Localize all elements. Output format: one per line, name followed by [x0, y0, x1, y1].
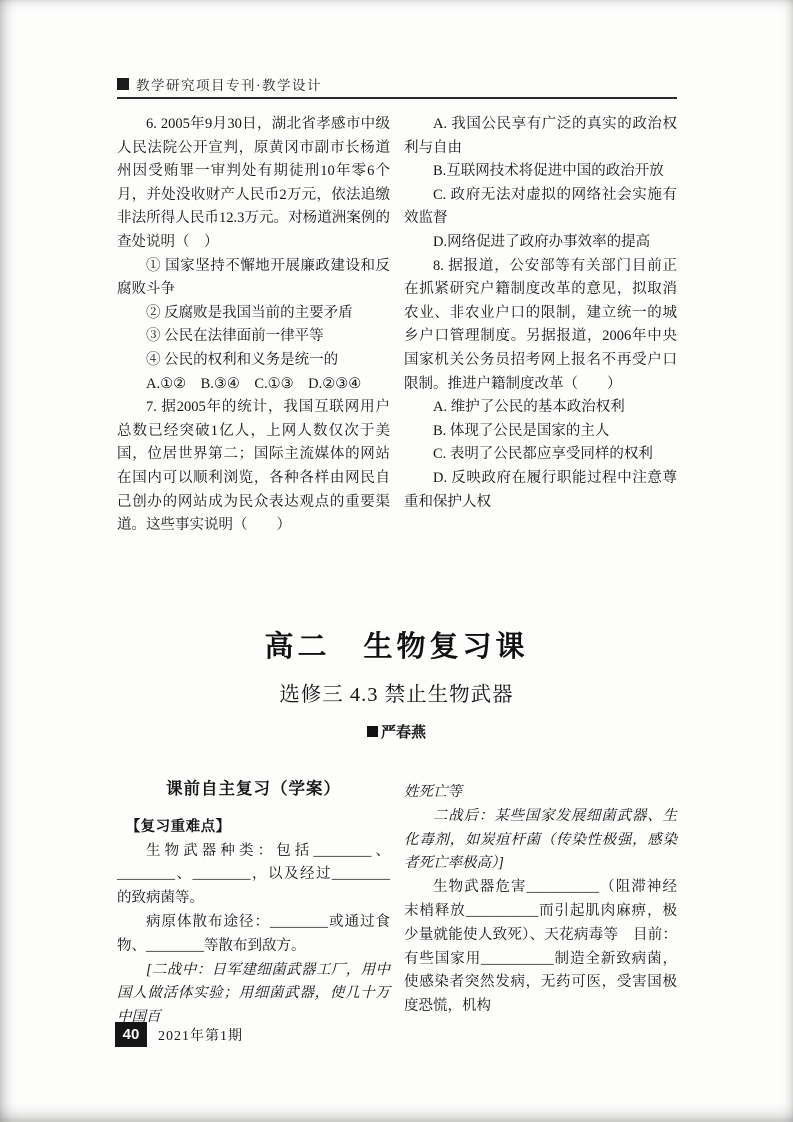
question-6-item-4: ④ 公民的权利和义务是统一的: [117, 349, 390, 373]
questions-column-left: 6. 2005年9月30日，湖北省孝感市中级人民法院公开宣判，原黄冈市副市长杨道…: [117, 113, 390, 538]
question-7-option-d: D.网络促进了政府办事效率的提高: [404, 231, 677, 255]
question-8-option-c: C. 表明了公民都应享受同样的权利: [404, 443, 677, 467]
header-title: 教学研究项目专刊·教学设计: [136, 74, 322, 94]
journal-page: 教学研究项目专刊·教学设计 6. 2005年9月30日，湖北省孝感市中级人民法院…: [0, 0, 793, 1122]
study-paragraph-continuation: 姓死亡等: [404, 781, 677, 805]
page-number-badge: 40: [115, 1022, 147, 1047]
study-paragraph-postwar-note: 二战后：某些国家发展细菌武器、生化毒剂，如炭疽杆菌（传染性极强，感染者死亡率极高…: [404, 805, 677, 876]
article-subtitle: 选修三 4.3 禁止生物武器: [0, 677, 793, 707]
article-title: 高二 生物复习课: [0, 624, 793, 665]
study-column-right: 姓死亡等 二战后：某些国家发展细菌武器、生化毒剂，如炭疽杆菌（传染性极强，感染者…: [404, 778, 677, 1030]
question-7-option-a: A. 我国公民享有广泛的真实的政治权利与自由: [404, 113, 677, 160]
questions-column-right: A. 我国公民享有广泛的真实的政治权利与自由 B.互联网技术将促进中国的政治开放…: [404, 113, 677, 538]
header-square-icon: [117, 78, 129, 90]
study-section: 课前自主复习（学案） 【复习重难点】 生物武器种类：包括________、___…: [117, 778, 677, 1030]
question-6-item-3: ③ 公民在法律面前一律平等: [117, 325, 390, 349]
question-8-option-a: A. 维护了公民的基本政治权利: [404, 396, 677, 420]
article-title-block: 高二 生物复习课 选修三 4.3 禁止生物武器 严春燕: [0, 624, 793, 742]
question-7-option-c: C. 政府无法对虚拟的网络社会实施有效监督: [404, 184, 677, 231]
page-footer: 40 2021年第1期: [115, 1022, 243, 1047]
study-keypoints-label: 【复习重难点】: [117, 816, 390, 840]
issue-label: 2021年第1期: [158, 1025, 243, 1045]
author-square-icon: [367, 726, 378, 737]
questions-section: 6. 2005年9月30日，湖北省孝感市中级人民法院公开宣判，原黄冈市副市长杨道…: [117, 113, 677, 538]
study-paragraph-ww2-note: [二战中：日军建细菌武器工厂，用中国人做活体实验；用细菌武器，使几十万中国百: [117, 959, 390, 1030]
question-8-option-d: D. 反映政府在履行职能过程中注意尊重和保护人权: [404, 467, 677, 514]
question-8-stem: 8. 据报道，公安部等有关部门目前正在抓紧研究户籍制度改革的意见，拟取消农业、非…: [404, 255, 677, 397]
header-rule: [117, 97, 677, 99]
question-6-item-2: ② 反腐败是我国当前的主要矛盾: [117, 302, 390, 326]
study-paragraph-weapon-types: 生物武器种类：包括________、________、________，以及经过…: [117, 840, 390, 911]
article-author-line: 严春燕: [0, 721, 793, 742]
question-8-option-b: B. 体现了公民是国家的主人: [404, 420, 677, 444]
page-header: 教学研究项目专刊·教学设计: [117, 74, 322, 94]
study-column-left: 课前自主复习（学案） 【复习重难点】 生物武器种类：包括________、___…: [117, 778, 390, 1030]
question-7-option-b: B.互联网技术将促进中国的政治开放: [404, 160, 677, 184]
study-paragraph-harm: 生物武器危害__________（阻滞神经末梢释放__________而引起肌肉…: [404, 876, 677, 1019]
study-heading: 课前自主复习（学案）: [117, 778, 390, 802]
question-6-choices: A.①② B.③④ C.①③ D.②③④: [117, 373, 390, 397]
question-6-item-1: ① 国家坚持不懈地开展廉政建设和反腐败斗争: [117, 255, 390, 302]
question-6-stem: 6. 2005年9月30日，湖北省孝感市中级人民法院公开宣判，原黄冈市副市长杨道…: [117, 113, 390, 255]
study-paragraph-spread-routes: 病原体散布途径：________或通过食物、________等散布到敌方。: [117, 911, 390, 959]
author-name: 严春燕: [381, 721, 426, 742]
question-7-stem: 7. 据2005年的统计，我国互联网用户总数已经突破1亿人，上网人数仅次于美国，…: [117, 396, 390, 538]
